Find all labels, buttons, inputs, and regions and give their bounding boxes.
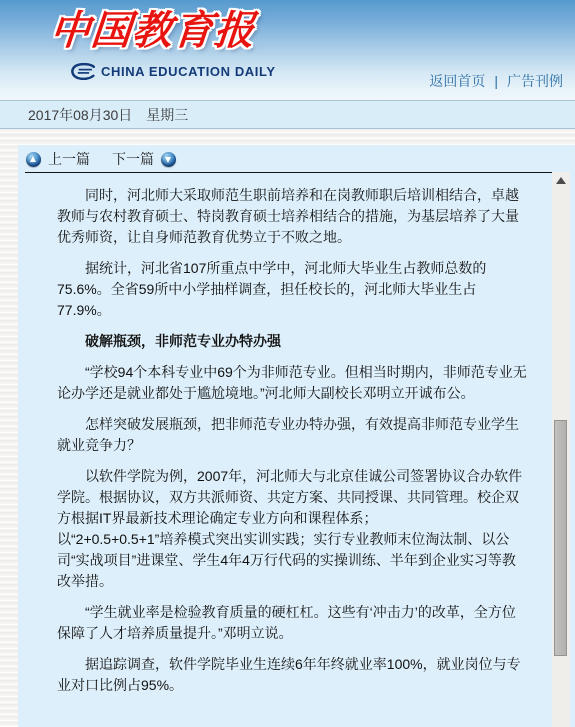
ad-rates-link[interactable]: 广告刊例 xyxy=(507,73,563,89)
article-paragraph: “学校94个本科专业中69个为非师范专业。但相当时期内，非师范专业无论办学还是就… xyxy=(57,362,527,404)
next-article-link[interactable]: 下一篇 xyxy=(112,149,154,169)
article-paragraph: “学生就业率是检验教育质量的硬杠杠。这些有‘冲击力’的改革，全方位保障了人才培养… xyxy=(57,602,527,644)
article-paragraph: 据追踪调查，软件学院毕业生连续6年年终就业率100%，就业岗位与专业对口比例占9… xyxy=(57,654,527,696)
section-heading: 破解瓶颈，非师范专业办特办强 xyxy=(57,331,527,352)
logo-english-title: CHINA EDUCATION DAILY xyxy=(101,64,276,79)
down-arrow-icon xyxy=(165,157,171,163)
up-arrow-icon xyxy=(30,156,36,162)
scrollbar[interactable] xyxy=(552,172,570,727)
page-gap xyxy=(0,129,575,145)
site-logo[interactable]: 中国教育报 CHINA EDUCATION DAILY xyxy=(50,2,276,80)
logo-tagline-row: CHINA EDUCATION DAILY xyxy=(70,63,276,80)
prev-article-link[interactable]: 上一篇 xyxy=(48,149,90,169)
page: 中国教育报 CHINA EDUCATION DAILY 返回首页|广告刊例 20… xyxy=(0,0,575,727)
scroll-up-arrow-icon xyxy=(556,177,566,184)
date-text: 2017年08月30日 星期三 xyxy=(28,105,188,125)
header-links: 返回首页|广告刊例 xyxy=(429,71,563,91)
logo-chinese-title: 中国教育报 xyxy=(47,2,278,60)
article-paragraph: 怎样突破发展瓶颈，把非师范专业办特办强，有效提高非师范专业学生就业竞争力？ xyxy=(57,414,527,456)
logo-globe-icon xyxy=(70,63,95,80)
header: 中国教育报 CHINA EDUCATION DAILY 返回首页|广告刊例 xyxy=(0,0,575,100)
article-paragraph: 同时，河北师大采取师范生职前培养和在岗教师职后培训相结合，卓越教师与农村教育硕士… xyxy=(57,185,527,248)
article-panel: 上一篇 下一篇 同时，河北师大采取师范生职前培养和在岗教师职后培训相结合，卓越教… xyxy=(18,145,575,727)
article-paragraph: 以软件学院为例，2007年，河北师大与北京佳诚公司签署协议合办软件学院。根据协议… xyxy=(57,466,527,592)
scrollbar-up-button[interactable] xyxy=(552,172,570,189)
article-nav: 上一篇 下一篇 xyxy=(18,145,575,168)
home-link[interactable]: 返回首页 xyxy=(429,73,485,89)
scrollbar-thumb[interactable] xyxy=(554,420,567,656)
date-bar: 2017年08月30日 星期三 xyxy=(0,100,575,129)
prev-globe-icon[interactable] xyxy=(26,152,41,167)
link-separator: | xyxy=(494,73,498,89)
article-paragraph: 据统计，河北省107所重点中学中，河北师大毕业生占教师总数的75.6%。全省59… xyxy=(57,258,527,321)
next-globe-icon[interactable] xyxy=(161,152,176,167)
article-content: 同时，河北师大采取师范生职前培养和在岗教师职后培训相结合，卓越教师与农村教育硕士… xyxy=(18,173,575,696)
